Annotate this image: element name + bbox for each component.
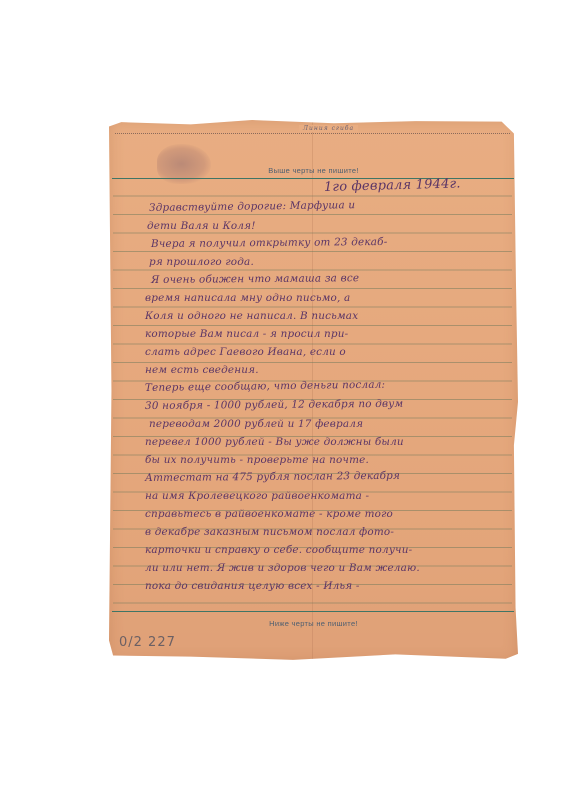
top-instruction: Выше черты не пишите! bbox=[109, 166, 518, 175]
letter-line: слать адрес Гаевого Ивана, если о bbox=[145, 346, 346, 358]
letter-line: которые Вам писал - я просил при- bbox=[145, 328, 348, 340]
letter-line: ря прошлого года. bbox=[149, 256, 254, 268]
fold-line-label: Линия сгиба bbox=[299, 125, 358, 132]
letter-line: 30 ноября - 1000 рублей, 12 декабря по д… bbox=[145, 398, 403, 412]
letter-line: Аттестат на 475 рубля послан 23 декабря bbox=[145, 470, 400, 484]
letter-line: нем есть сведения. bbox=[145, 364, 259, 376]
letter-line: пока до свидания целую всех - Илья - bbox=[145, 580, 360, 592]
letter-line: дети Валя и Коля! bbox=[147, 220, 256, 232]
letter-line: в декабре заказным письмом послал фото- bbox=[145, 526, 394, 538]
letter-line: справьтесь в райвоенкомате - кроме того bbox=[145, 508, 393, 520]
letter-line: бы их получить - проверьте на почте. bbox=[145, 454, 369, 466]
letter-line: карточки и справку о себе. сообщите полу… bbox=[145, 544, 412, 556]
letter-line: переводам 2000 рублей и 17 февраля bbox=[149, 418, 363, 430]
letter-line: Коля и одного не написал. В письмах bbox=[145, 310, 358, 322]
letter-sheet: Линия сгиба Выше черты не пишите! 1го фе… bbox=[109, 120, 518, 662]
letter-line: ли или нет. Я жив и здоров чего и Вам же… bbox=[145, 562, 420, 574]
fold-line bbox=[115, 133, 510, 134]
bottom-green-rule bbox=[112, 611, 514, 612]
letter-line: на имя Кролевецкого райвоенкомата - bbox=[145, 490, 369, 502]
archive-number: 0/2 227 bbox=[119, 635, 176, 650]
letter-line: перевел 1000 рублей - Вы уже должны были bbox=[145, 436, 404, 448]
letter-line: Я очень обижен что мамаша за все bbox=[151, 272, 359, 286]
letter-line: Вчера я получил открытку от 23 декаб- bbox=[151, 236, 387, 250]
bottom-instruction: Ниже черты не пишите! bbox=[109, 619, 518, 628]
letter-line: время написала мну одно письмо, а bbox=[145, 292, 350, 304]
